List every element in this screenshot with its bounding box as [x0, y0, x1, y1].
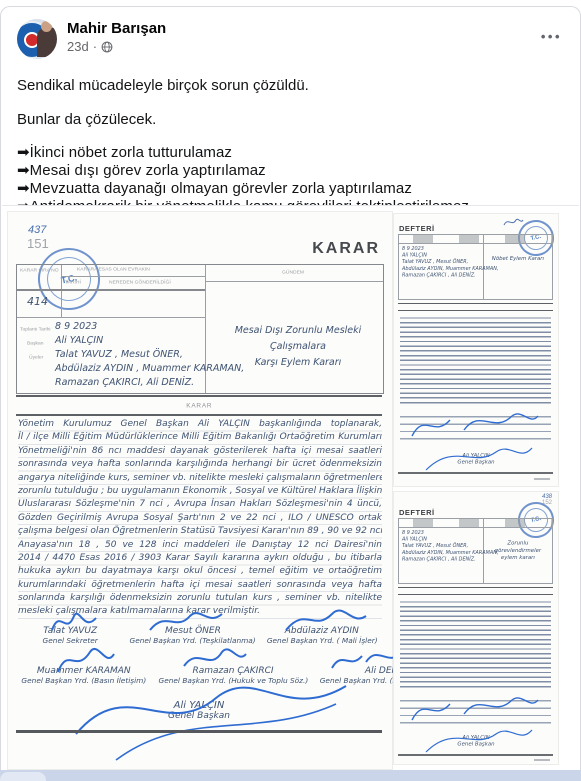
document-title: DEFTERİ	[399, 224, 435, 233]
facebook-post-card: Mahir Barışan 23d · ••• Sendikal mücadel…	[0, 6, 581, 771]
photo-document-defteri-2[interactable]: 438 152 T.C. DEFTERİ 8 9 2023 Ali YALÇIN…	[394, 492, 558, 764]
field-label: Toplantı Tarihi	[20, 326, 51, 332]
agenda-text: Zorunlu görevlendirmeler eylem kararı	[489, 540, 546, 562]
agenda-text: Mesai Dışı Zorunlu Mesleki Çalışmalara K…	[213, 323, 383, 371]
post-bullet: ➡İkinci nöbet zorla tutturulamaz	[17, 144, 564, 162]
table-left-entries: 8 9 2023 Ali YALÇIN Talat YAVUZ , Mesut …	[402, 530, 467, 563]
agenda-text: Nöbet Eylem Kararı	[489, 255, 546, 262]
table-line	[61, 276, 205, 277]
decision-header-table: 8 9 2023 Ali YALÇIN Talat YAVUZ , Mesut …	[398, 518, 553, 584]
next-card-edge	[0, 772, 46, 781]
karar-section-band: KARAR	[16, 395, 382, 416]
signature-row: Muammer KARAMAN Genel Başkan Yrd. (Basın…	[16, 666, 382, 685]
column-label: KARAR SIRA NO	[20, 267, 59, 273]
post-header: Mahir Barışan 23d · •••	[1, 7, 580, 71]
decision-header-table: 8 9 2023 Ali YALÇIN Talat YAVUZ , Mesut …	[398, 234, 553, 300]
meeting-date: 8 9 2023	[55, 321, 97, 332]
page-background-strip	[0, 770, 581, 781]
document-title: KARAR	[312, 240, 380, 258]
avatar[interactable]	[17, 19, 57, 59]
post-text-line: Bunlar da çözülecek.	[17, 110, 564, 129]
column-label: GÜNDEM	[282, 269, 304, 275]
illegible-handwriting-block	[400, 598, 551, 690]
document-title: DEFTERİ	[399, 508, 435, 517]
photo-document-defteri-1[interactable]: T.C. DEFTERİ 8 9 2023 Ali YALÇIN Talat Y…	[394, 214, 558, 486]
karar-section-band	[398, 303, 553, 311]
table-header-strip	[399, 519, 552, 528]
post-text-line: Sendikal mücadeleyle birçok sorun çözüld…	[17, 76, 564, 95]
column-label: NEREDEN GÖNDERİLDİĞİ	[109, 279, 171, 285]
avatar-person-head	[41, 21, 52, 32]
president-signature-block: Ali YALÇIN Genel Başkan	[16, 700, 382, 721]
table-line	[17, 289, 205, 291]
globe-icon	[101, 41, 113, 53]
chairman-name: Ali YALÇIN	[55, 335, 103, 346]
document-bottom-rule	[16, 730, 382, 733]
column-label: TARİHİ	[65, 279, 81, 285]
document-bottom-rule	[398, 472, 553, 474]
more-options-button[interactable]: •••	[537, 25, 566, 48]
page-footer-mark	[534, 759, 550, 761]
page-number-handwritten: 437	[28, 224, 46, 236]
photo-attachment-grid: 437 151 T.C. KARAR KARAR SIRA NO KARARA …	[2, 205, 579, 772]
signature-row: Talat YAVUZ Genel Sekreter Mesut ÖNER Ge…	[16, 626, 382, 645]
table-left-entries: 8 9 2023 Ali YALÇIN Talat YAVUZ , Mesut …	[402, 246, 467, 279]
page-number-printed: 151	[27, 236, 49, 251]
member-names: Ramazan ÇAKIRCI, Ali DENİZ.	[55, 377, 194, 388]
post-bullet: ➡Mesai dışı görev zorla yaptırılamaz	[17, 162, 564, 180]
field-label: Üyeler	[29, 354, 43, 360]
president-signature-scribble	[418, 436, 538, 476]
post-timestamp[interactable]: 23d	[67, 38, 89, 55]
photo-document-karar[interactable]: 437 151 T.C. KARAR KARAR SIRA NO KARARA …	[8, 212, 392, 769]
president-signature-scribble	[418, 718, 538, 758]
field-label: Başkan	[27, 340, 44, 346]
page-footer-mark	[534, 478, 550, 480]
author-name[interactable]: Mahir Barışan	[67, 19, 564, 38]
meta-separator: ·	[93, 38, 97, 55]
decision-number: 414	[27, 295, 48, 308]
decision-body-text: Yönetim Kurulumuz Genel Başkan Ali YALÇI…	[18, 418, 382, 619]
karar-section-band	[398, 587, 553, 595]
post-bullet: ➡Mevzuatta dayanağı olmayan görevler zor…	[17, 180, 564, 198]
table-line	[17, 317, 205, 318]
column-label: KARARA ESAS OLAN EVRAKIN	[77, 266, 150, 272]
member-names: Talat YAVUZ , Mesut ÖNER,	[55, 349, 183, 360]
table-line	[205, 281, 383, 282]
table-header-strip	[399, 235, 552, 244]
table-line	[61, 265, 62, 317]
decision-header-table: KARAR SIRA NO KARARA ESAS OLAN EVRAKIN T…	[16, 264, 384, 394]
document-bottom-rule	[398, 754, 553, 756]
illegible-handwriting-block	[400, 314, 551, 406]
